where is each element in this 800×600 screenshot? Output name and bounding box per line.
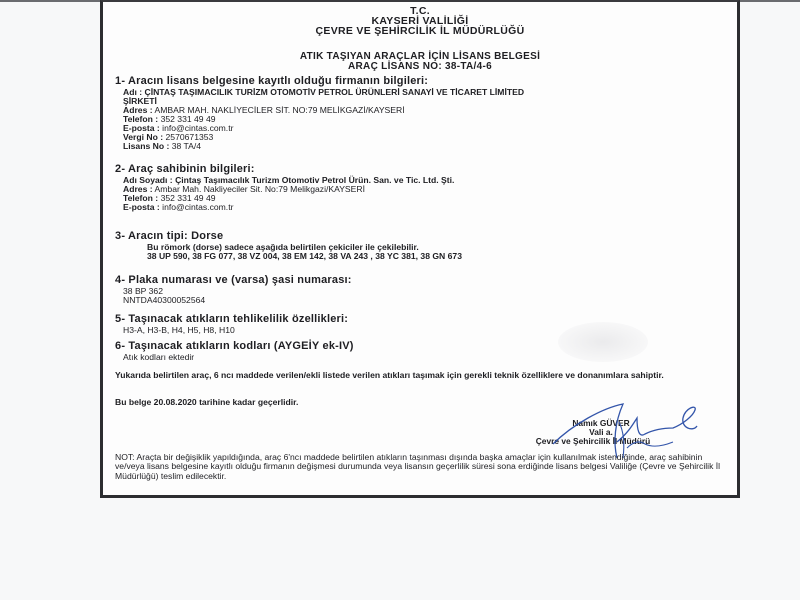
- section5-heading: 5- Taşınacak atıkların tehlikelilik özel…: [115, 313, 348, 325]
- chassis-number: NNTDA40300052564: [123, 296, 205, 306]
- header-directorate: ÇEVRE VE ŞEHİRCİLİK İL MÜDÜRLÜĞÜ: [103, 26, 737, 36]
- company-license-label: Lisans No :: [123, 141, 169, 151]
- section3-heading: 3- Aracın tipi: Dorse: [115, 230, 223, 242]
- company-license-row: Lisans No : 38 TA/4: [123, 142, 201, 152]
- company-name-row: Adı : ÇİNTAŞ TAŞIMACILIK TURİZM OTOMOTİV…: [123, 88, 524, 98]
- hazard-codes: H3-A, H3-B, H4, H5, H8, H10: [123, 326, 235, 336]
- license-number: ARAÇ LİSANS NO: 38-TA/4-6: [103, 62, 737, 72]
- company-name-value: ÇİNTAŞ TAŞIMACILIK TURİZM OTOMOTİV PETRO…: [144, 87, 524, 97]
- owner-email-value: info@cintas.com.tr: [162, 202, 233, 212]
- owner-email-row: E-posta : info@cintas.com.tr: [123, 203, 233, 213]
- owner-email-label: E-posta :: [123, 202, 160, 212]
- waste-codes: Atık kodları ektedir: [123, 353, 194, 363]
- note-text: NOT: Araçta bir değişiklik yapıldığında,…: [115, 453, 727, 481]
- section1-heading: 1- Aracın lisans belgesine kayıtlı olduğ…: [115, 75, 428, 87]
- section2-heading: 2- Araç sahibinin bilgileri:: [115, 163, 255, 175]
- section4-heading: 4- Plaka numarası ve (varsa) şasi numara…: [115, 274, 352, 286]
- compliance-statement: Yukarıda belirtilen araç, 6 ncı maddede …: [115, 371, 725, 381]
- license-document: T.C. KAYSERİ VALİLİĞİ ÇEVRE VE ŞEHİRCİLİ…: [100, 0, 740, 498]
- section6-heading: 6- Taşınacak atıkların kodları (AYGEİY e…: [115, 340, 354, 352]
- tractor-plates: 38 UP 590, 38 FG 077, 38 VZ 004, 38 EM 1…: [147, 252, 462, 262]
- scan-smudge: [558, 322, 648, 362]
- company-license-value: 38 TA/4: [172, 141, 201, 151]
